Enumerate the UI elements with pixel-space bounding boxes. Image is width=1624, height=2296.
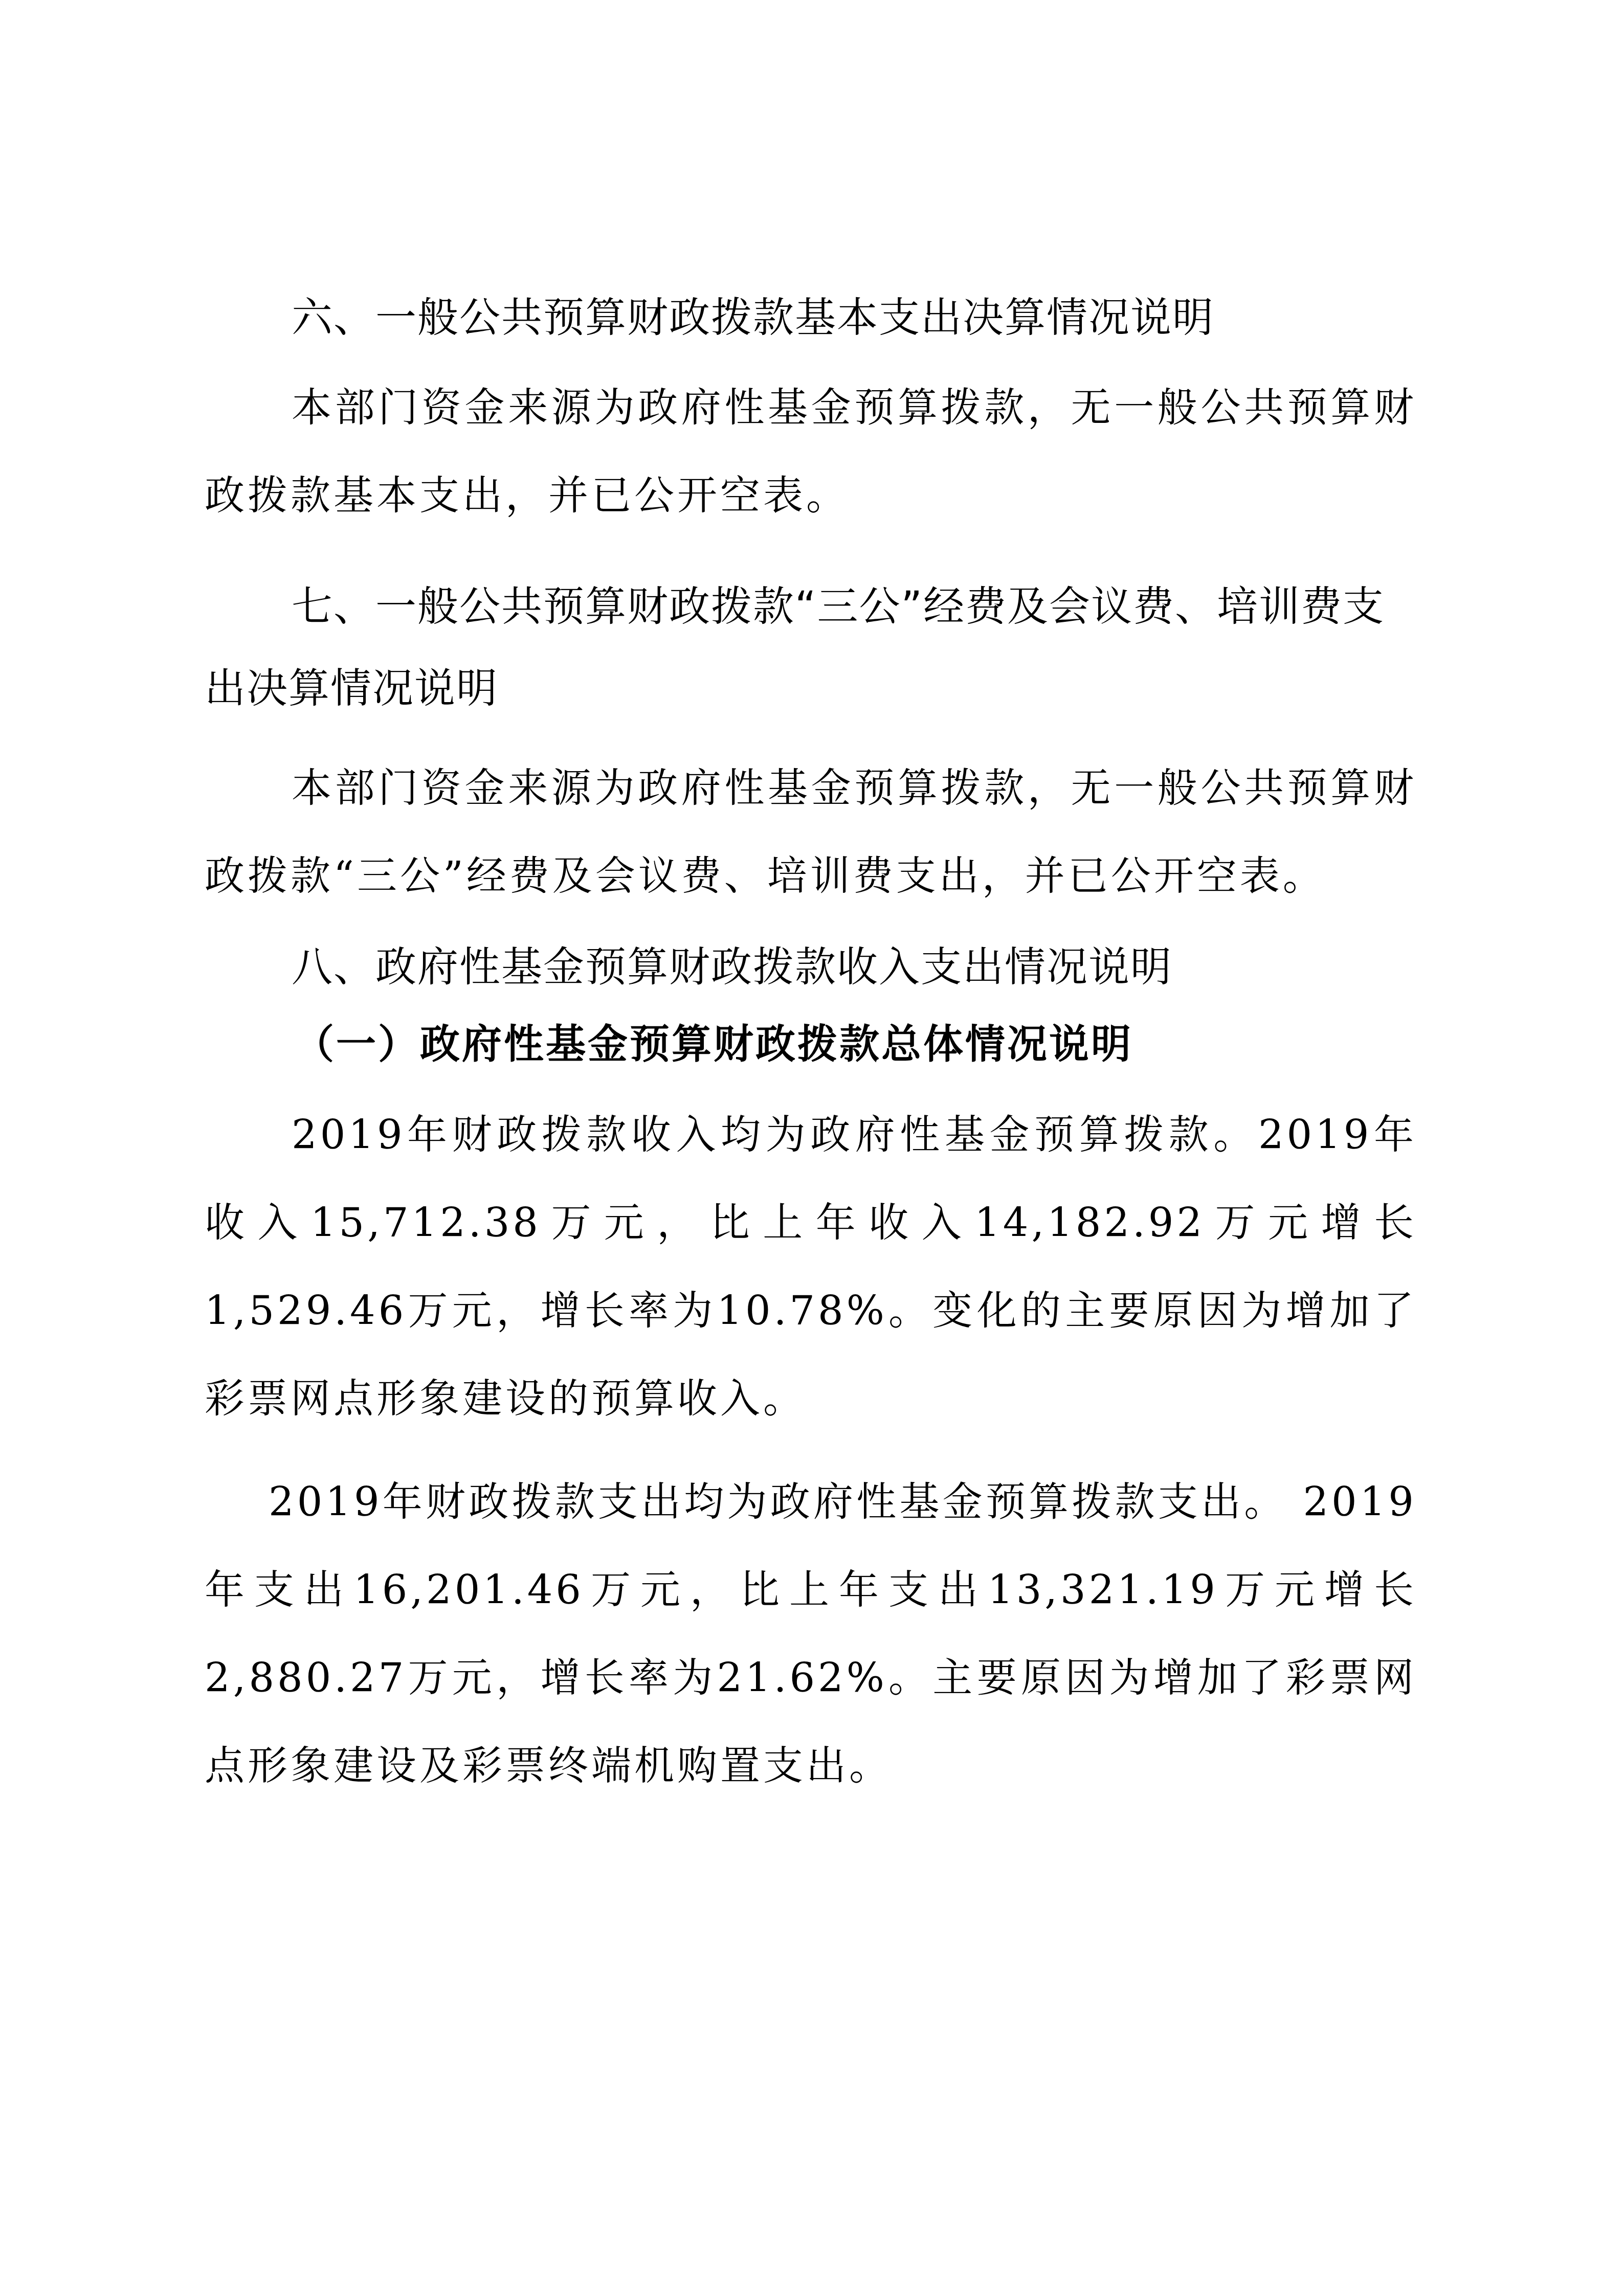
revenue-paragraph: 2019年财政拨款收入均为政府性基金预算拨款。2019年收入15,712.38万…	[205, 1091, 1417, 1443]
section-7-heading: 七、一般公共预算财政拨款“三公”经费及会议费、培训费支出决算情况说明	[205, 566, 1417, 729]
section-8-1-heading: （一）政府性基金预算财政拨款总体情况说明	[205, 1014, 1417, 1076]
spacer	[205, 920, 1417, 936]
expenditure-paragraph: 2019年财政拨款支出均为政府性基金预算拨款支出。 2019年支出16,201.…	[205, 1458, 1417, 1810]
section-6-heading: 六、一般公共预算财政拨款基本支出决算情况说明	[205, 286, 1417, 349]
spacer	[205, 1443, 1417, 1458]
spacer	[205, 729, 1417, 745]
document-page: 六、一般公共预算财政拨款基本支出决算情况说明 本部门资金来源为政府性基金预算拨款…	[205, 286, 1417, 1810]
spacer	[205, 998, 1417, 1014]
spacer	[205, 349, 1417, 364]
section-7-paragraph: 本部门资金来源为政府性基金预算拨款，无一般公共预算财政拨款“三公”经费及会议费、…	[205, 745, 1417, 920]
section-6-paragraph: 本部门资金来源为政府性基金预算拨款，无一般公共预算财政拨款基本支出，并已公开空表…	[205, 364, 1417, 540]
spacer	[205, 540, 1417, 566]
spacer	[205, 1076, 1417, 1091]
section-8-heading: 八、政府性基金预算财政拨款收入支出情况说明	[205, 936, 1417, 998]
